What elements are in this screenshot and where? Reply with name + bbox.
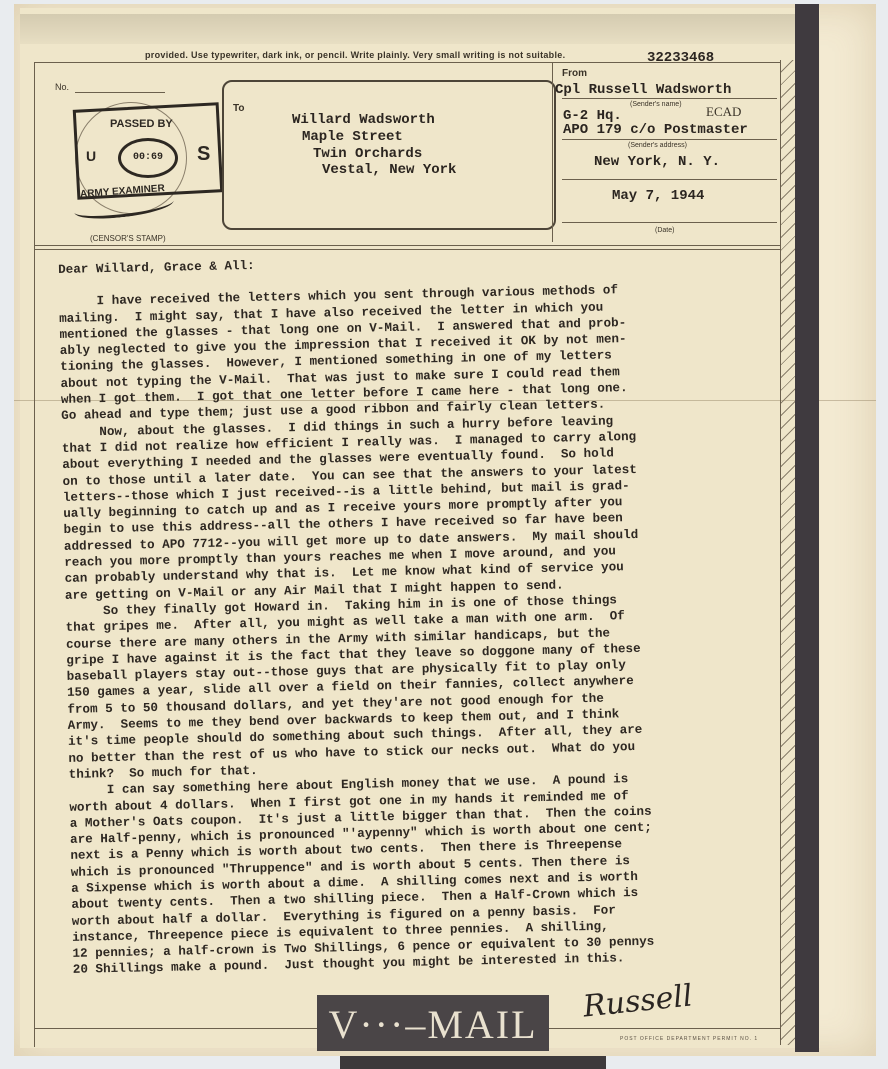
letter-date: May 7, 1944 (612, 188, 704, 204)
recipient-city: Vestal, New York (322, 162, 456, 178)
recipient-town: Twin Orchards (313, 146, 422, 162)
recipient-street: Maple Street (302, 129, 403, 145)
censor-number: 00:69 (118, 138, 178, 178)
sender-address-line (562, 139, 777, 140)
sender-name-line (562, 98, 777, 99)
sender-address-caption: (Sender's address) (628, 142, 687, 149)
left-margin-rule (34, 62, 35, 1047)
scan-smear (20, 14, 800, 44)
number-label: No. (55, 82, 69, 92)
city-line (562, 179, 777, 180)
date-line (562, 222, 777, 223)
to-label: To (233, 103, 244, 114)
sender-apo: APO 179 c/o Postmaster (563, 122, 748, 138)
censor-letter-s: S (197, 143, 210, 166)
sender-city: New York, N. Y. (594, 154, 720, 170)
form-instructions: provided. Use typewriter, dark ink, or p… (145, 50, 565, 60)
date-caption: (Date) (655, 227, 674, 234)
logo-tab (340, 1056, 606, 1069)
censor-passed-by: PASSED BY (110, 118, 173, 130)
sender-name: Cpl Russell Wadsworth (555, 82, 731, 98)
header-bottom-rule (34, 245, 780, 246)
permit-text: POST OFFICE DEPARTMENT PERMIT NO. 1 (620, 1036, 758, 1042)
censor-letter-u: U (86, 148, 96, 164)
recipient-name: Willard Wadsworth (292, 112, 435, 128)
sender-unit-suffix: ECAD (706, 104, 741, 120)
letter-body: Dear Willard, Grace & All: I have receiv… (58, 247, 803, 979)
vmail-logo: V···–MAIL (317, 995, 549, 1051)
from-divider (552, 62, 553, 242)
from-label: From (562, 68, 587, 79)
censor-stamp-label: (CENSOR'S STAMP) (90, 234, 166, 243)
serial-number: 32233468 (647, 50, 714, 66)
sender-name-caption: (Sender's name) (630, 101, 682, 108)
number-line (75, 92, 165, 93)
